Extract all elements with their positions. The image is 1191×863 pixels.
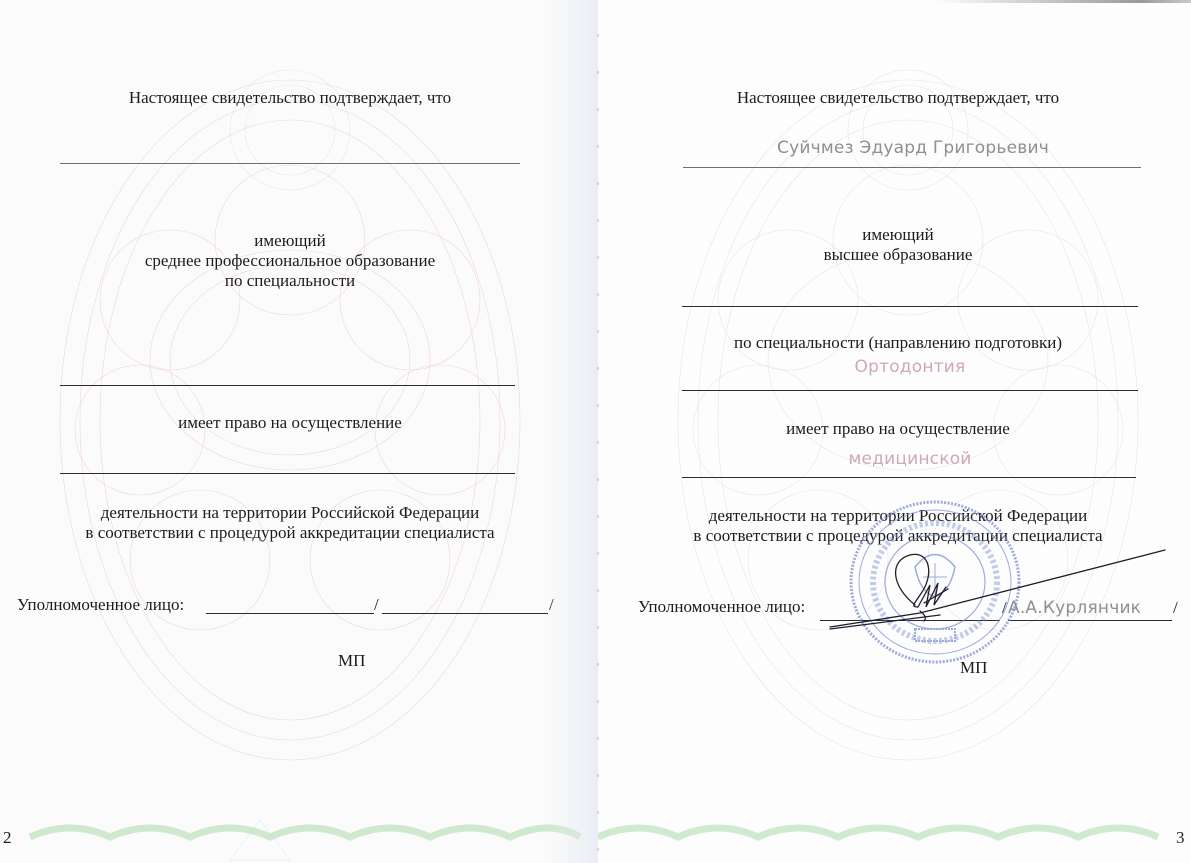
activity-line bbox=[682, 477, 1136, 478]
document-spread: Настоящее свидетельство подтверждает, чт… bbox=[0, 0, 1191, 863]
authorized-person-label: Уполномоченное лицо: bbox=[17, 595, 184, 615]
authorized-person-label: Уполномоченное лицо: bbox=[638, 597, 805, 617]
education-label-3: по специальности bbox=[0, 271, 580, 291]
specialty-label: по специальности (направлению подготовки… bbox=[608, 333, 1188, 353]
spine-shadow bbox=[545, 0, 598, 863]
page-right: Настоящее свидетельство подтверждает, чт… bbox=[598, 0, 1191, 863]
end-slash: / bbox=[1173, 598, 1178, 618]
intro-text: Настоящее свидетельство подтверждает, чт… bbox=[608, 88, 1188, 108]
education-line bbox=[682, 306, 1138, 307]
holder-name-field: Суйчмез Эдуард Григорьевич bbox=[683, 138, 1143, 158]
signature-line bbox=[206, 613, 374, 614]
specialty-field: Ортодонтия bbox=[682, 357, 1138, 377]
page-edge bbox=[935, 0, 1191, 3]
education-label-2: среднее профессиональное образование bbox=[0, 251, 580, 271]
right-label: имеет право на осуществление bbox=[0, 413, 580, 433]
specialty-line bbox=[60, 385, 515, 386]
signature-slash: / bbox=[374, 595, 379, 615]
page-number: 3 bbox=[1176, 828, 1185, 848]
territory-label-2: в соответствии с процедурой аккредитации… bbox=[608, 526, 1188, 546]
education-label-2: высшее образование bbox=[608, 245, 1188, 265]
education-label-1: имеющий bbox=[608, 225, 1188, 245]
signer-name-line bbox=[382, 613, 548, 614]
signature-line bbox=[820, 620, 1000, 621]
seal-label: МП bbox=[338, 651, 365, 671]
page-left: Настоящее свидетельство подтверждает, чт… bbox=[0, 0, 598, 863]
intro-text: Настоящее свидетельство подтверждает, чт… bbox=[0, 88, 580, 108]
activity-line bbox=[60, 473, 515, 474]
right-label: имеет право на осуществление bbox=[608, 419, 1188, 439]
spine-binding bbox=[597, 0, 599, 863]
territory-label-1: деятельности на территории Российской Фе… bbox=[608, 506, 1188, 526]
holder-name-line bbox=[683, 167, 1141, 168]
page-number: 2 bbox=[3, 828, 12, 848]
signer-name-field: А.А.Курлянчик bbox=[1008, 598, 1168, 618]
territory-label-2: в соответствии с процедурой аккредитации… bbox=[0, 523, 580, 543]
signature-slash: / bbox=[1002, 598, 1007, 618]
education-label-1: имеющий bbox=[0, 231, 580, 251]
seal-label: МП bbox=[960, 658, 987, 678]
activity-field: медицинской bbox=[682, 449, 1138, 469]
signer-name-line bbox=[1008, 620, 1172, 621]
holder-name-line bbox=[60, 163, 520, 164]
territory-label-1: деятельности на территории Российской Фе… bbox=[0, 503, 580, 523]
specialty-line bbox=[682, 390, 1138, 391]
